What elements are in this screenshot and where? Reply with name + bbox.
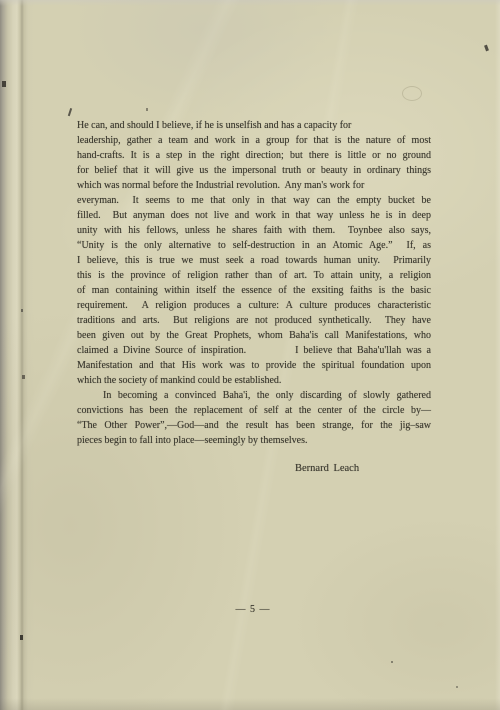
text-line: leadership, gather a team and work in a … (77, 133, 431, 148)
text-line: He can, and should I believe, if he is u… (77, 118, 431, 133)
stitch-dot (22, 375, 25, 379)
ink-speck (146, 108, 148, 111)
paragraph: In becoming a convinced Baha'i, the only… (77, 388, 431, 448)
page-number: — 5 — (0, 604, 500, 615)
stitch-dot (21, 309, 23, 312)
text-line: “The Other Power”,—God—and the result ha… (77, 418, 431, 433)
text-line: filled. But anyman does not live and wor… (77, 208, 431, 223)
paragraph: He can, and should I believe, if he is u… (77, 118, 431, 388)
text-line: everyman. It seems to me that only in th… (77, 193, 431, 208)
text-line: been given out by the Great Prophets, wh… (77, 328, 431, 343)
text-line: which was normal before the Industrial r… (77, 178, 431, 193)
author-signature: Bernard Leach (295, 461, 359, 476)
paper-stain (402, 86, 422, 101)
stitch-dot (20, 635, 23, 640)
text-line: In becoming a convinced Baha'i, the only… (77, 388, 431, 403)
text-line: pieces begin to fall into place—seemingl… (77, 433, 431, 448)
text-line: traditions and arts. But religions are n… (77, 313, 431, 328)
text-line: I believe, this is true we must seek a r… (77, 253, 431, 268)
text-line: of man containing within itself the esse… (77, 283, 431, 298)
ink-speck (2, 81, 6, 87)
text-line: claimed a Divine Source of inspiration. … (77, 343, 431, 358)
ink-speck (391, 661, 393, 663)
ink-speck (456, 686, 458, 688)
text-line: convictions has been the replacement of … (77, 403, 431, 418)
text-line: Manifestation and that His work was to p… (77, 358, 431, 373)
text-block: He can, and should I believe, if he is u… (77, 118, 431, 448)
text-line: hand-crafts. It is a step in the right d… (77, 148, 431, 163)
text-line: “Unity is the only alternative to self-d… (77, 238, 431, 253)
text-line: for belief that it will give us the impe… (77, 163, 431, 178)
text-line: this is the province of religion rather … (77, 268, 431, 283)
text-line: requirement. A religion produces a cultu… (77, 298, 431, 313)
scanned-book-page: He can, and should I believe, if he is u… (0, 0, 500, 710)
text-line: which the society of mankind could be es… (77, 373, 431, 388)
text-line: unity with his fellows, unless he shares… (77, 223, 431, 238)
